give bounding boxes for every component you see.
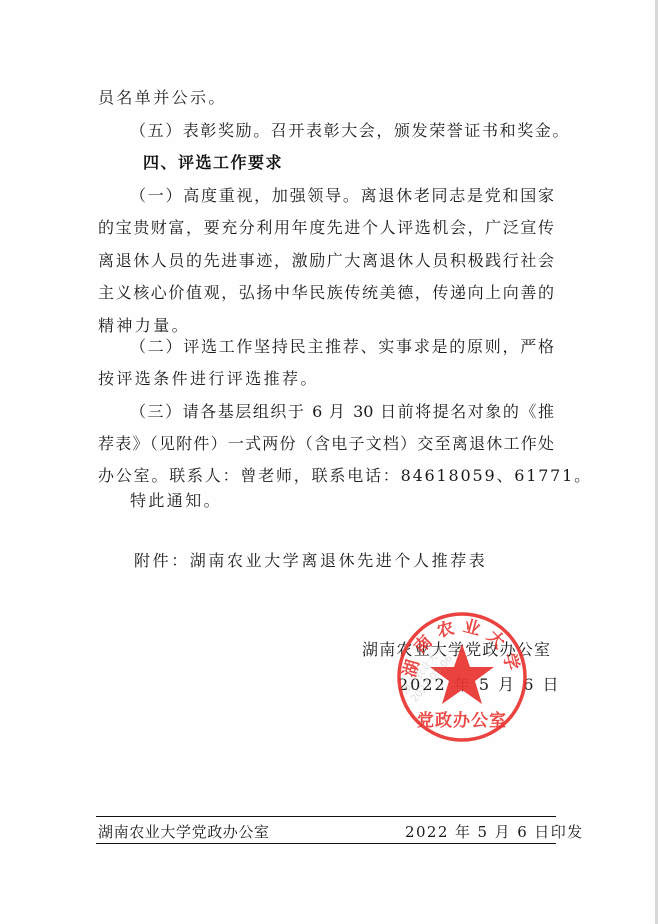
- footer-issue-date: 2022 年 5 月 6 日印发: [405, 822, 584, 842]
- paragraph-line: （二）评选工作坚持民主推荐、实事求是的原则，严格: [130, 337, 554, 357]
- paragraph-line: 主义核心价值观，弘扬中华民族传统美德，传递向上向善的: [98, 283, 554, 303]
- paragraph-line: 荐表》（见附件）一式两份（含电子文档）交至离退休工作处: [98, 434, 554, 454]
- paragraph-line: （五）表彰奖励。召开表彰大会，颁发荣誉证书和奖金。: [130, 121, 554, 141]
- document-page: 员名单并公示。 （五）表彰奖励。召开表彰大会，颁发荣誉证书和奖金。 四、评选工作…: [0, 0, 655, 924]
- paragraph-line: 按评选条件进行评选推荐。: [98, 369, 554, 389]
- section-heading: 四、评选工作要求: [143, 153, 283, 173]
- footer-issuer: 湖南农业大学党政办公室: [98, 822, 270, 842]
- paragraph-line: 的宝贵财富，要充分利用年度先进个人评选机会，广泛宣传: [98, 218, 554, 238]
- paragraph-line: 特此通知。: [130, 491, 554, 511]
- paragraph-line: （一）高度重视，加强领导。离退休老同志是党和国家: [130, 186, 554, 206]
- seal-inner-text: 党政办公室: [417, 710, 507, 731]
- paragraph-line: 精神力量。: [98, 316, 554, 336]
- attachment-line: 附件：湖南农业大学离退休先进个人推荐表: [134, 551, 487, 571]
- footer-bottom-rule: [96, 843, 556, 844]
- paragraph-line: 离退休人员的先进事迹，激励广大离退休人员积极践行社会: [98, 251, 554, 271]
- paragraph-line: （三）请各基层组织于 6 月 30 日前将提名对象的《推: [130, 402, 554, 422]
- paragraph-line: 员名单并公示。: [98, 88, 554, 108]
- footer-top-rule: [96, 816, 556, 817]
- paragraph-line: 办公室。联系人：曾老师，联系电话：84618059、61771。: [98, 466, 554, 486]
